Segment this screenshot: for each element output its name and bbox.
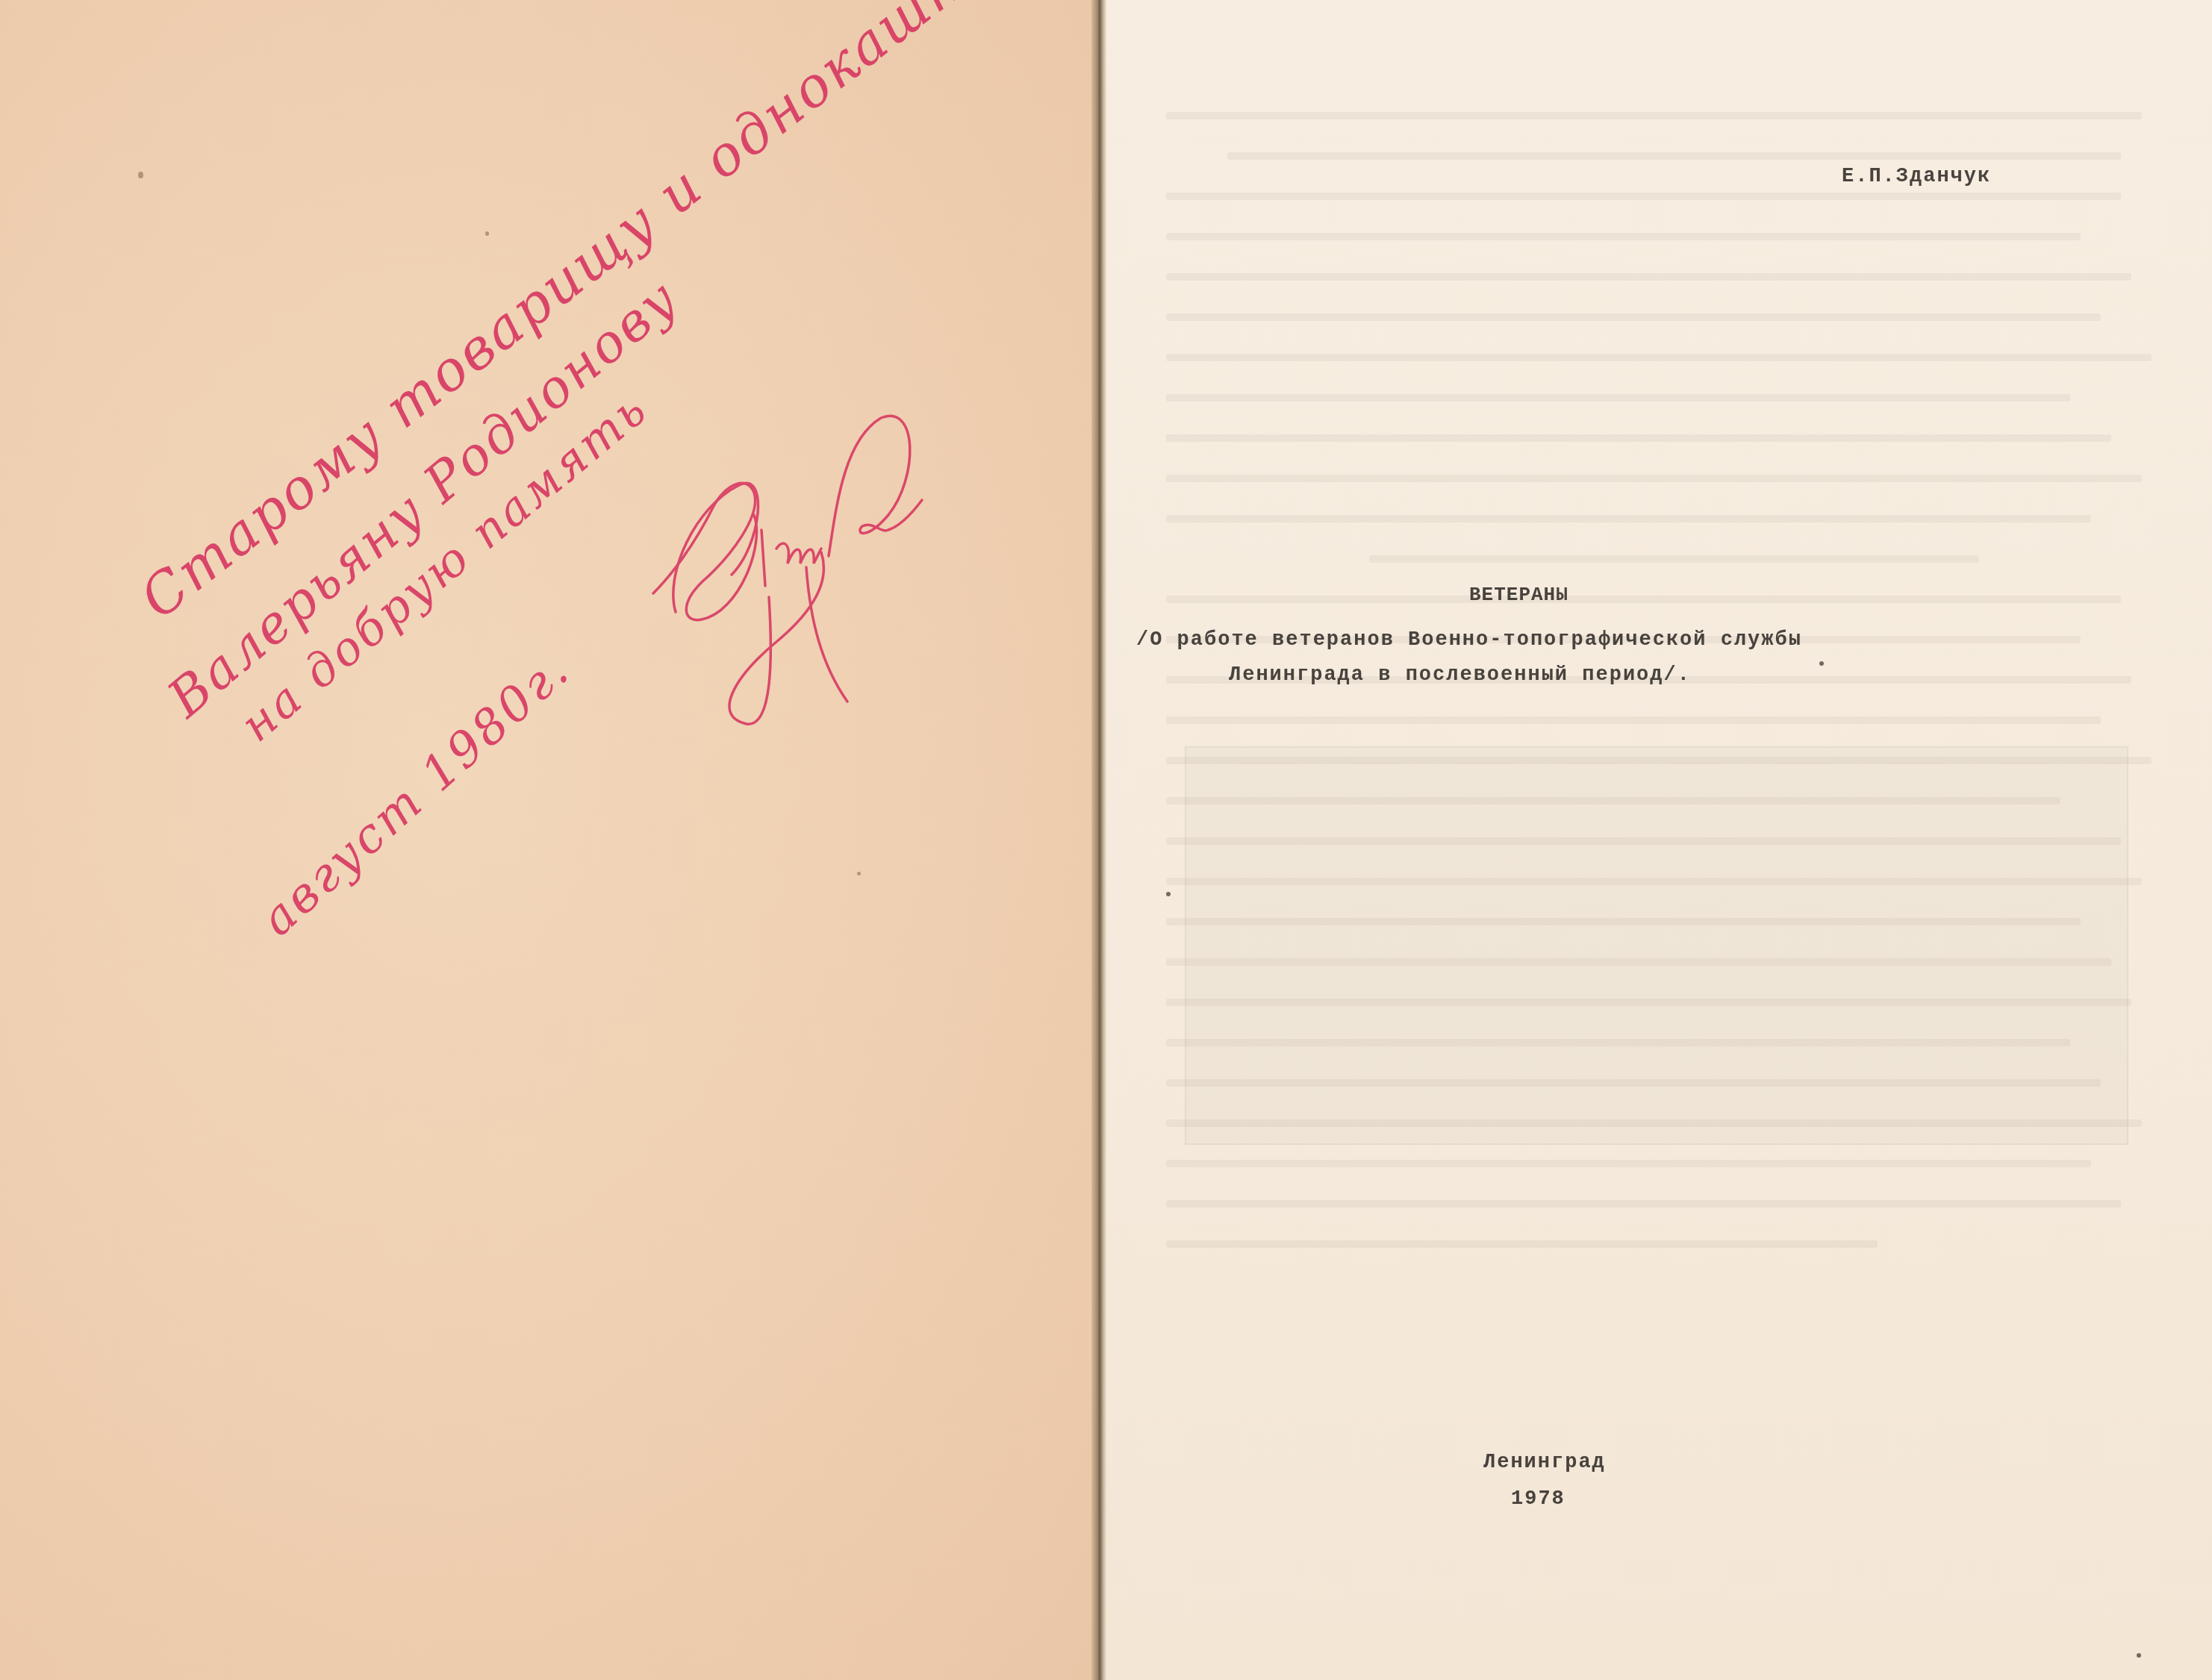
ink-dot	[1819, 661, 1824, 666]
publication-year: 1978	[1511, 1488, 1565, 1511]
ink-dot	[1166, 892, 1171, 896]
subtitle-line-2: Ленинграда в послевоенный период/.	[1229, 664, 1691, 687]
right-page: Е.П.Зданчук ВЕТЕРАНЫ /О работе ветеранов…	[1106, 0, 2212, 1680]
bleed-through-photo	[1185, 746, 2128, 1145]
signature-icon	[642, 396, 941, 731]
left-page: Старому товарищу и однокашнику Валерьяну…	[0, 0, 1103, 1680]
subtitle-line-1: /О работе ветеранов Военно-топографическ…	[1136, 629, 1802, 652]
document-title: ВЕТЕРАНЫ	[1469, 584, 1568, 606]
paper-speck	[857, 872, 861, 875]
book-spread: Старому товарищу и однокашнику Валерьяну…	[0, 0, 2212, 1680]
paper-speck	[485, 231, 489, 236]
book-gutter	[1091, 0, 1106, 1680]
publication-city: Ленинград	[1483, 1452, 1606, 1474]
author-name: Е.П.Зданчук	[1842, 166, 1991, 188]
ink-dot	[2137, 1653, 2141, 1658]
paper-speck	[138, 172, 143, 178]
